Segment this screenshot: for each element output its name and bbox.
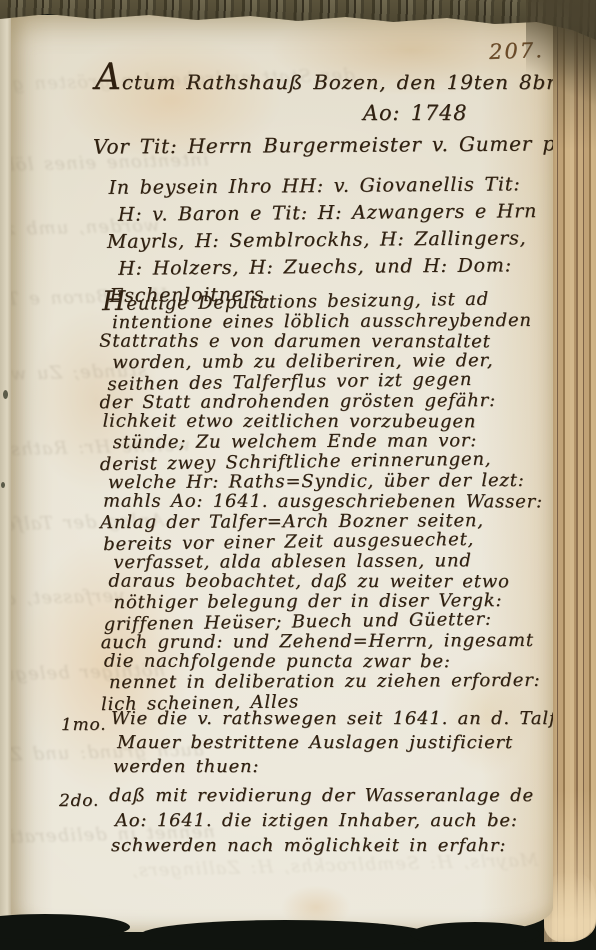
item-line: Mauer bestrittene Auslagen justificiert <box>117 731 553 755</box>
manuscript-page: intentione eines löblich ausschreybenden… <box>11 15 553 932</box>
page-bottom-wave <box>140 920 430 950</box>
heading-year-line: Ao: 1748 <box>363 101 467 125</box>
item-line: Ao: 1641. die iztigen Inhaber, auch be: <box>115 808 534 833</box>
item-marker-1mo: 1mo. <box>61 715 106 735</box>
protocol-body: Heutige Deputations besizung, ist ad int… <box>102 288 544 713</box>
item-line: schwerden nach möglichkeit in erfahr: <box>111 833 534 858</box>
salutation-line: Vor Tit: Herrn Burgermeister v. Gumer p <box>93 131 553 158</box>
attendance-line: H: v. Baron e Tit: H: Azwangers e Hrn <box>118 198 538 229</box>
page-bottom-wave <box>0 914 130 940</box>
item-2-block: daß mit revidierung der Wasseranlage de … <box>109 783 534 858</box>
item-marker-2do: 2do. <box>59 791 99 811</box>
book-top-corner-shadow <box>526 0 596 110</box>
manuscript-scan: intentione eines löblich ausschreybenden… <box>0 0 596 950</box>
attendance-line: In beysein Ihro HH: v. Giovanellis Tit: <box>108 171 537 202</box>
body-line: intentione eines löblich ausschreybenden <box>112 311 542 333</box>
item-1-block: Wie die v. rathswegen seit 1641. an d. T… <box>111 707 553 779</box>
ink-speck <box>1 482 5 488</box>
item-line: Wie die v. rathswegen seit 1641. an d. T… <box>111 707 553 731</box>
item-line: daß mit revidierung der Wasseranlage de <box>109 783 534 808</box>
ink-speck <box>3 390 8 399</box>
attendance-line: Mayrls, H: Semblrockhs, H: Zallingers, <box>107 225 538 256</box>
page-bottom-wave <box>410 922 540 946</box>
attendance-line: H: Holzers, H: Zuechs, und H: Dom: <box>118 252 538 283</box>
item-line: werden thuen: <box>113 755 553 779</box>
heading-date-line: Actum Rathshauß Bozen, den 19ten 8bris <box>95 57 553 98</box>
